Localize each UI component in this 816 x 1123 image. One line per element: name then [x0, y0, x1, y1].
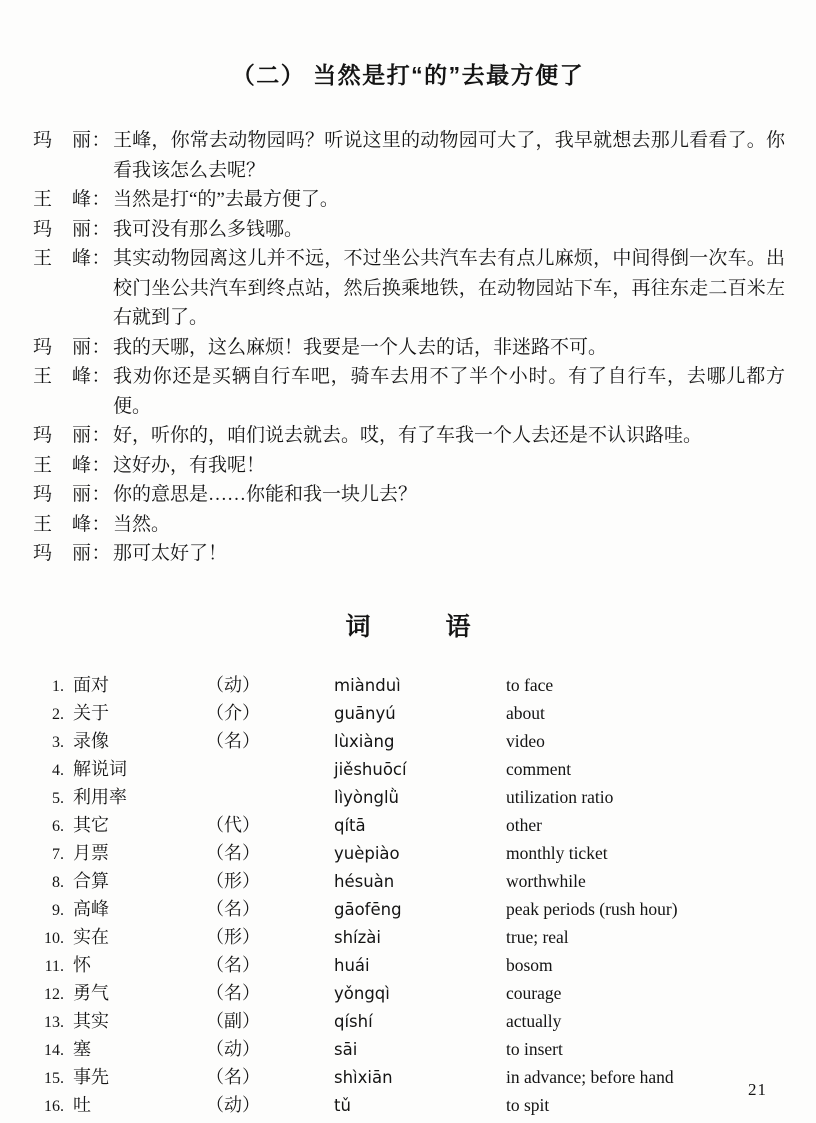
vocab-english: courage — [506, 980, 790, 1007]
vocab-pos: （动） — [206, 672, 334, 699]
dialogue-entry: 王 峰：我劝你还是买辆自行车吧，骑车去用不了半个小时。有了自行车，去哪儿都方便。 — [33, 362, 785, 421]
vocab-word: 吐 — [64, 1092, 206, 1119]
speaker-name: 玛 丽： — [33, 480, 113, 510]
vocab-pinyin: qítā — [334, 812, 506, 839]
vocab-row: 4.解说词jiěshuōcícomment — [38, 756, 790, 784]
vocab-number: 5. — [38, 785, 64, 812]
vocab-pos: （形） — [206, 868, 334, 895]
vocab-word: 怀 — [64, 952, 206, 979]
vocab-row: 16.吐（动）tǔto spit — [38, 1092, 790, 1120]
vocab-row: 13.其实（副）qíshíactually — [38, 1008, 790, 1036]
vocab-word: 其实 — [64, 1008, 206, 1035]
vocab-english: about — [506, 700, 790, 727]
vocab-english: peak periods (rush hour) — [506, 896, 790, 923]
dialogue-entry: 王 峰：当然是打“的”去最方便了。 — [33, 185, 785, 215]
speaker-name: 王 峰： — [33, 510, 113, 540]
vocab-number: 1. — [38, 673, 64, 700]
vocab-word: 勇气 — [64, 980, 206, 1007]
vocab-pos: （副） — [206, 1008, 334, 1035]
dialogue-entry: 玛 丽：我的天哪，这么麻烦！我要是一个人去的话，非迷路不可。 — [33, 333, 785, 363]
vocab-pinyin: lùxiàng — [334, 728, 506, 755]
vocab-word: 其它 — [64, 812, 206, 839]
speaker-name: 王 峰： — [33, 362, 113, 421]
speaker-name: 玛 丽： — [33, 126, 113, 185]
speaker-name: 玛 丽： — [33, 539, 113, 569]
vocab-pinyin: gāofēng — [334, 896, 506, 923]
speaker-name: 王 峰： — [33, 185, 113, 215]
vocab-word: 面对 — [64, 672, 206, 699]
dialogue-entry: 玛 丽：王峰，你常去动物园吗？听说这里的动物园可大了，我早就想去那儿看看了。你看… — [33, 126, 785, 185]
vocab-row: 1.面对（动）miànduìto face — [38, 672, 790, 700]
vocab-pinyin: jiěshuōcí — [334, 756, 506, 783]
vocab-pos: （名） — [206, 952, 334, 979]
vocab-number: 16. — [38, 1093, 64, 1120]
vocab-pos: （名） — [206, 1064, 334, 1091]
dialogue-text: 这好办，有我呢！ — [113, 451, 785, 481]
speaker-name: 玛 丽： — [33, 333, 113, 363]
vocab-row: 14.塞（动）sāito insert — [38, 1036, 790, 1064]
vocab-pos: （形） — [206, 924, 334, 951]
vocab-pos: （介） — [206, 700, 334, 727]
vocab-pinyin: miànduì — [334, 672, 506, 699]
dialogue-text: 当然是打“的”去最方便了。 — [113, 185, 785, 215]
lesson-title: （二） 当然是打“的”去最方便了 — [0, 57, 816, 90]
vocab-row: 2.关于（介）guānyúabout — [38, 700, 790, 728]
vocab-pinyin: lìyònglǜ — [334, 784, 506, 811]
vocab-row: 6.其它（代）qítāother — [38, 812, 790, 840]
vocab-number: 2. — [38, 701, 64, 728]
dialogue-text: 我可没有那么多钱哪。 — [113, 215, 785, 245]
dialogue-text: 我的天哪，这么麻烦！我要是一个人去的话，非迷路不可。 — [113, 333, 785, 363]
vocab-pinyin: sāi — [334, 1036, 506, 1063]
vocab-word: 月票 — [64, 840, 206, 867]
vocab-english: true; real — [506, 924, 790, 951]
vocab-pinyin: shìxiān — [334, 1064, 506, 1091]
vocab-pos: （动） — [206, 1092, 334, 1119]
dialogue-entry: 王 峰：当然。 — [33, 510, 785, 540]
speaker-name: 玛 丽： — [33, 421, 113, 451]
dialogue-text: 其实动物园离这儿并不远，不过坐公共汽车去有点儿麻烦，中间得倒一次车。出校门坐公共… — [113, 244, 785, 333]
vocab-row: 9.高峰（名）gāofēngpeak periods (rush hour) — [38, 896, 790, 924]
vocab-number: 7. — [38, 841, 64, 868]
vocab-word: 解说词 — [64, 756, 206, 783]
vocab-row: 7.月票（名）yuèpiàomonthly ticket — [38, 840, 790, 868]
vocab-word: 事先 — [64, 1064, 206, 1091]
vocab-number: 8. — [38, 869, 64, 896]
vocab-pinyin: guānyú — [334, 700, 506, 727]
vocab-number: 4. — [38, 757, 64, 784]
vocab-pos: （名） — [206, 896, 334, 923]
vocab-english: bosom — [506, 952, 790, 979]
vocab-pinyin: yǒngqì — [334, 980, 506, 1007]
vocab-pinyin: tǔ — [334, 1092, 506, 1119]
dialogue-entry: 玛 丽：好，听你的，咱们说去就去。哎，有了车我一个人去还是不认识路哇。 — [33, 421, 785, 451]
speaker-name: 玛 丽： — [33, 215, 113, 245]
dialogue: 玛 丽：王峰，你常去动物园吗？听说这里的动物园可大了，我早就想去那儿看看了。你看… — [33, 126, 785, 569]
dialogue-entry: 王 峰：这好办，有我呢！ — [33, 451, 785, 481]
vocab-pos: （名） — [206, 980, 334, 1007]
dialogue-entry: 玛 丽：那可太好了！ — [33, 539, 785, 569]
vocab-number: 11. — [38, 953, 64, 980]
vocab-pinyin: huái — [334, 952, 506, 979]
vocab-word: 合算 — [64, 868, 206, 895]
vocab-number: 12. — [38, 981, 64, 1008]
vocab-english: to insert — [506, 1036, 790, 1063]
vocab-english: other — [506, 812, 790, 839]
vocab-number: 9. — [38, 897, 64, 924]
dialogue-text: 你的意思是……你能和我一块儿去？ — [113, 480, 785, 510]
vocab-number: 6. — [38, 813, 64, 840]
vocab-number: 13. — [38, 1009, 64, 1036]
vocab-number: 3. — [38, 729, 64, 756]
vocabulary-section-header: 词 语 — [0, 607, 816, 643]
dialogue-text: 那可太好了！ — [113, 539, 785, 569]
vocab-english: to face — [506, 672, 790, 699]
dialogue-entry: 玛 丽：你的意思是……你能和我一块儿去？ — [33, 480, 785, 510]
vocab-row: 12.勇气（名）yǒngqìcourage — [38, 980, 790, 1008]
dialogue-text: 好，听你的，咱们说去就去。哎，有了车我一个人去还是不认识路哇。 — [113, 421, 785, 451]
vocab-english: utilization ratio — [506, 784, 790, 811]
vocab-english: video — [506, 728, 790, 755]
speaker-name: 王 峰： — [33, 244, 113, 333]
vocab-number: 10. — [38, 925, 64, 952]
speaker-name: 王 峰： — [33, 451, 113, 481]
vocab-row: 15.事先（名）shìxiānin advance; before hand — [38, 1064, 790, 1092]
vocab-english: actually — [506, 1008, 790, 1035]
vocab-english: monthly ticket — [506, 840, 790, 867]
vocab-number: 15. — [38, 1065, 64, 1092]
dialogue-text: 王峰，你常去动物园吗？听说这里的动物园可大了，我早就想去那儿看看了。你看我该怎么… — [113, 126, 785, 185]
vocab-english: worthwhile — [506, 868, 790, 895]
page-number: 21 — [748, 1080, 767, 1100]
vocab-pinyin: qíshí — [334, 1008, 506, 1035]
vocab-row: 8.合算（形）hésuànworthwhile — [38, 868, 790, 896]
vocab-pinyin: shízài — [334, 924, 506, 951]
vocab-word: 高峰 — [64, 896, 206, 923]
vocab-word: 关于 — [64, 700, 206, 727]
textbook-page: （二） 当然是打“的”去最方便了 玛 丽：王峰，你常去动物园吗？听说这里的动物园… — [0, 0, 816, 1123]
dialogue-text: 当然。 — [113, 510, 785, 540]
vocab-row: 5.利用率lìyònglǜutilization ratio — [38, 784, 790, 812]
vocabulary-list: 1.面对（动）miànduìto face2.关于（介）guānyúabout3… — [38, 672, 790, 1120]
vocab-pinyin: hésuàn — [334, 868, 506, 895]
vocab-number: 14. — [38, 1037, 64, 1064]
dialogue-entry: 王 峰：其实动物园离这儿并不远，不过坐公共汽车去有点儿麻烦，中间得倒一次车。出校… — [33, 244, 785, 333]
vocab-english: comment — [506, 756, 790, 783]
vocab-row: 10.实在（形）shízàitrue; real — [38, 924, 790, 952]
vocab-pos: （名） — [206, 728, 334, 755]
vocab-word: 利用率 — [64, 784, 206, 811]
vocab-word: 录像 — [64, 728, 206, 755]
dialogue-entry: 玛 丽：我可没有那么多钱哪。 — [33, 215, 785, 245]
vocab-row: 11.怀（名）huáibosom — [38, 952, 790, 980]
vocab-pos: （代） — [206, 812, 334, 839]
vocab-pos: （动） — [206, 1036, 334, 1063]
vocab-word: 实在 — [64, 924, 206, 951]
vocab-pinyin: yuèpiào — [334, 840, 506, 867]
vocab-row: 3.录像（名）lùxiàngvideo — [38, 728, 790, 756]
dialogue-text: 我劝你还是买辆自行车吧，骑车去用不了半个小时。有了自行车，去哪儿都方便。 — [113, 362, 785, 421]
vocab-word: 塞 — [64, 1036, 206, 1063]
vocab-pos: （名） — [206, 840, 334, 867]
